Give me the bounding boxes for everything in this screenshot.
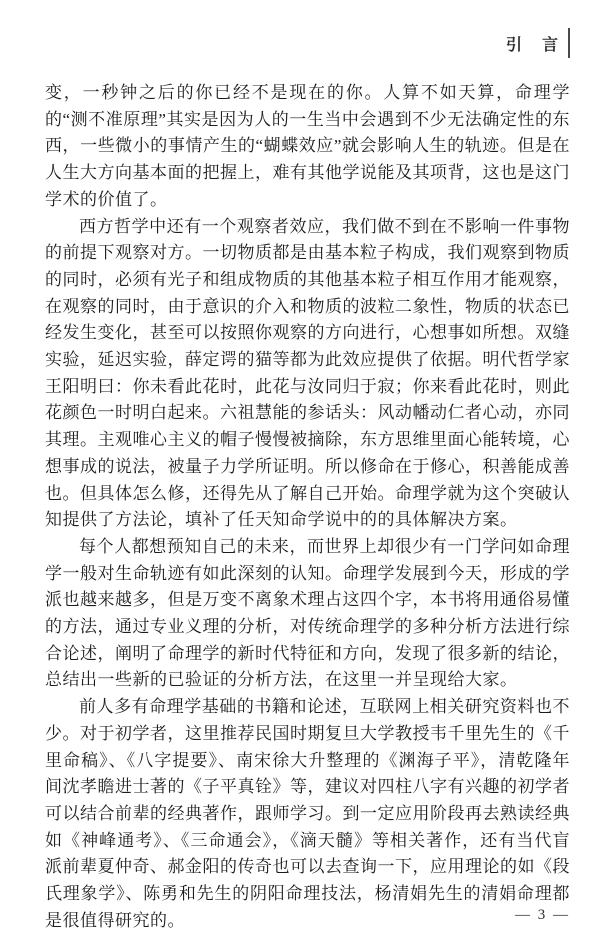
chapter-title: 引 言 bbox=[506, 32, 560, 55]
running-header: 引 言 bbox=[506, 28, 570, 58]
header-divider bbox=[568, 28, 570, 58]
paragraph: 前人多有命理学基础的书籍和论述，互联网上相关研究资料也不少。对于初学者，这里推荐… bbox=[45, 694, 570, 934]
paragraph: 变，一秒钟之后的你已经不是现在的你。人算不如天算，命理学的“测不准原理”其实是因… bbox=[45, 80, 570, 214]
book-page: 引 言 变，一秒钟之后的你已经不是现在的你。人算不如天算，命理学的“测不准原理”… bbox=[0, 0, 615, 942]
paragraph: 每个人都想预知自己的未来，而世界上却很少有一门学问如命理学一般对生命轨迹有如此深… bbox=[45, 534, 570, 694]
page-number: — 3 — bbox=[515, 907, 570, 923]
body-text: 变，一秒钟之后的你已经不是现在的你。人算不如天算，命理学的“测不准原理”其实是因… bbox=[45, 80, 570, 935]
page-footer: — 3 — bbox=[515, 907, 570, 924]
paragraph: 西方哲学中还有一个观察者效应，我们做不到在不影响一件事物的前提下观察对方。一切物… bbox=[45, 214, 570, 534]
